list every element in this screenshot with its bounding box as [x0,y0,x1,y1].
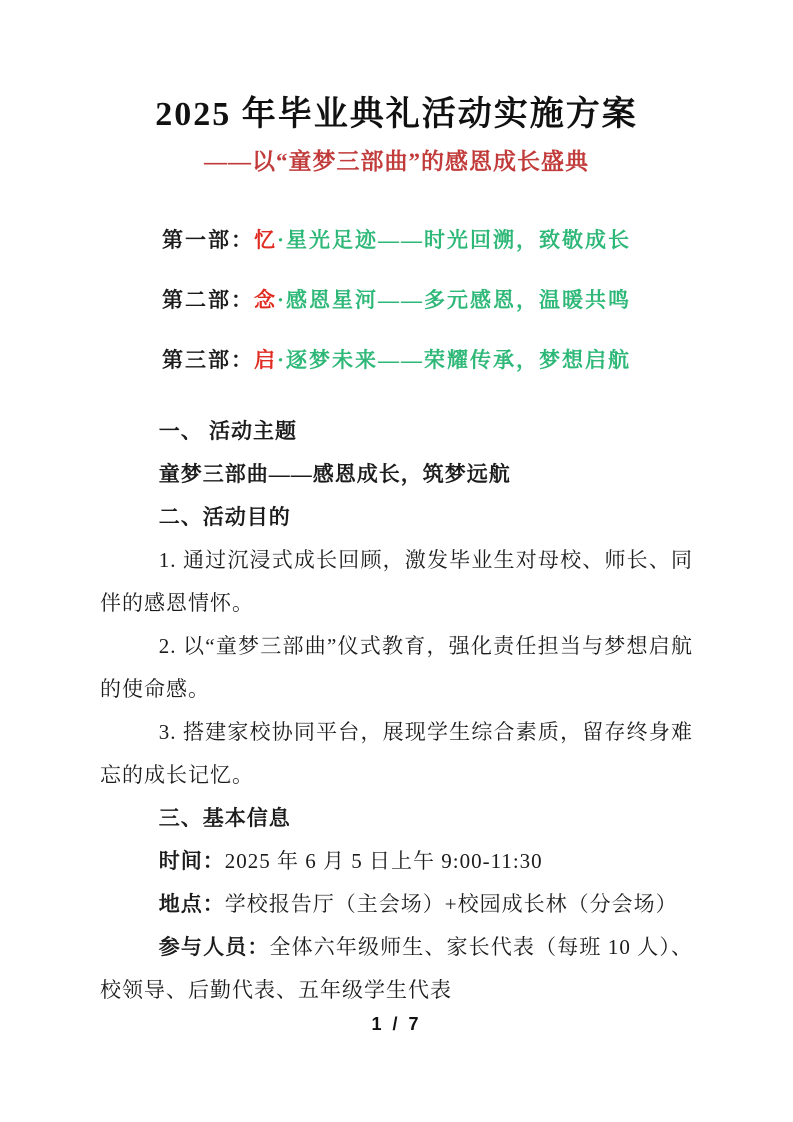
part-2-keyword: 念 [254,288,277,312]
info-time: 时间：2025 年 6 月 5 日上午 9:00-11:30 [100,840,693,883]
document-page: 2025 年毕业典礼活动实施方案 ——以“童梦三部曲”的感恩成长盛典 第一部：忆… [0,0,793,1122]
goal-paragraph-1: 1. 通过沉浸式成长回顾，激发毕业生对母校、师长、同伴的感恩情怀。 [100,539,693,625]
part-line-2: 第二部：念·感恩星河——多元感恩，温暖共鸣 [100,270,693,330]
part-1-label: 第一部： [162,228,254,252]
part-3-label: 第三部： [162,348,254,372]
section-heading-goals: 二、活动目的 [100,496,693,539]
doc-title: 2025 年毕业典礼活动实施方案 [100,92,693,138]
part-1-keyword: 忆 [254,228,277,252]
info-location: 地点：学校报告厅（主会场）+校园成长林（分会场） [100,883,693,926]
info-time-label: 时间： [159,849,225,873]
page-content: 2025 年毕业典礼活动实施方案 ——以“童梦三部曲”的感恩成长盛典 第一部：忆… [0,0,793,1012]
section-heading-theme: 一、 活动主题 [100,410,693,453]
part-line-1: 第一部：忆·星光足迹——时光回溯，致敬成长 [100,210,693,270]
trilogy-parts: 第一部：忆·星光足迹——时光回溯，致敬成长 第二部：念·感恩星河——多元感恩，温… [100,210,693,390]
info-time-value: 2025 年 6 月 5 日上午 9:00-11:30 [225,849,543,873]
part-line-3: 第三部：启·逐梦未来——荣耀传承，梦想启航 [100,330,693,390]
document-body: 一、 活动主题 童梦三部曲——感恩成长，筑梦远航 二、活动目的 1. 通过沉浸式… [100,410,693,1012]
section-heading-info: 三、基本信息 [100,797,693,840]
part-3-description: ·逐梦未来——荣耀传承，梦想启航 [277,348,631,372]
info-location-value: 学校报告厅（主会场）+校园成长林（分会场） [225,892,678,916]
goal-paragraph-3: 3. 搭建家校协同平台，展现学生综合素质，留存终身难忘的成长记忆。 [100,711,693,797]
theme-statement: 童梦三部曲——感恩成长，筑梦远航 [100,453,693,496]
part-2-label: 第二部： [162,288,254,312]
info-participants: 参与人员：全体六年级师生、家长代表（每班 10 人）、校领导、后勤代表、五年级学… [100,926,693,1012]
info-participants-label: 参与人员： [159,935,270,959]
goal-paragraph-2: 2. 以“童梦三部曲”仪式教育，强化责任担当与梦想启航的使命感。 [100,625,693,711]
part-1-description: ·星光足迹——时光回溯，致敬成长 [277,228,631,252]
page-number: 1 / 7 [0,1014,793,1035]
info-location-label: 地点： [159,892,225,916]
part-2-description: ·感恩星河——多元感恩，温暖共鸣 [277,288,631,312]
part-3-keyword: 启 [254,348,277,372]
doc-subtitle: ——以“童梦三部曲”的感恩成长盛典 [100,146,693,178]
